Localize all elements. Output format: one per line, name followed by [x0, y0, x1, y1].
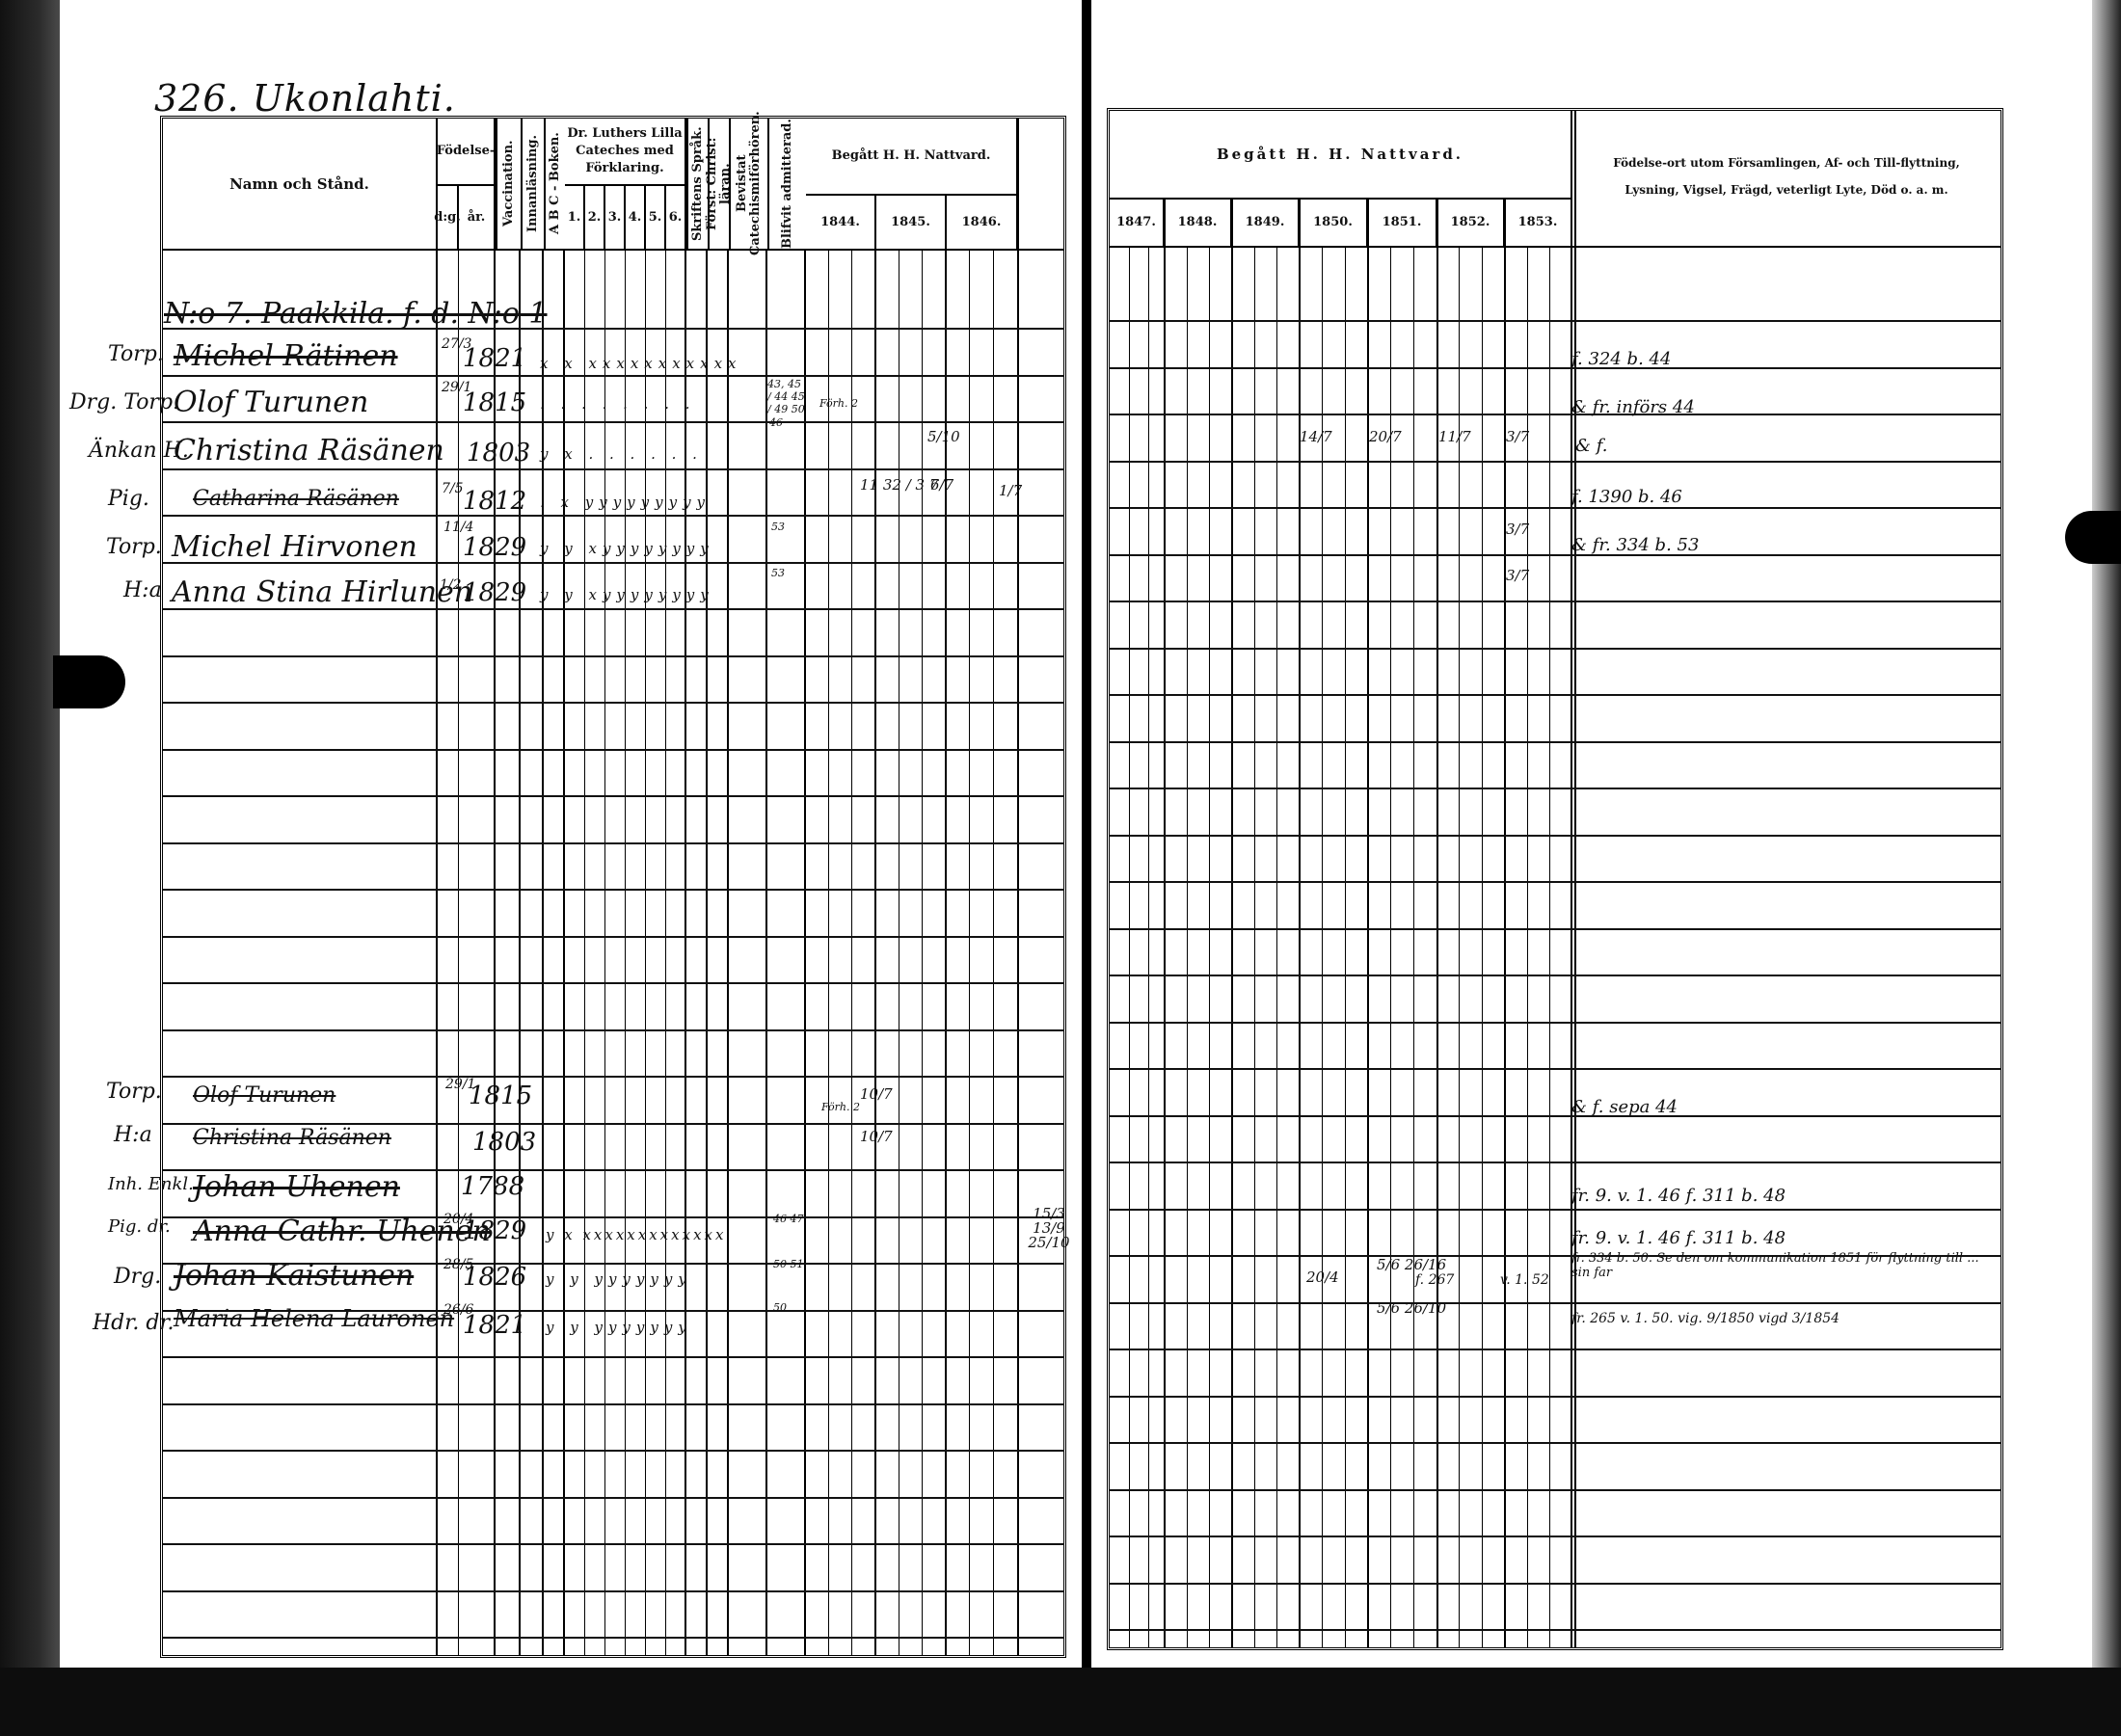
entry-remarks: f. 324 b. 44: [1571, 349, 1671, 369]
header-year-1850: 1850.: [1300, 200, 1368, 246]
entry-birth-year: 1829: [463, 533, 526, 562]
entry-birth-year: 1815: [469, 1082, 532, 1110]
row-rule: [1109, 1349, 2000, 1350]
communion-1844: 10/7: [860, 1130, 893, 1144]
row-rule: [1109, 975, 2000, 976]
row-rule: [163, 936, 1064, 938]
header-birth: Födelse-: [438, 119, 496, 186]
col-line: [1413, 246, 1414, 1648]
row-rule: [163, 1029, 1064, 1031]
entry-remarks: f. 1390 b. 46: [1571, 487, 1682, 507]
entry-name: Olof Turunen: [193, 1083, 336, 1108]
col-line: [828, 249, 829, 1656]
header-cat-2: 2.: [585, 186, 605, 249]
row-rule: [1109, 320, 2000, 322]
entry-birth-year: 1803: [472, 1128, 536, 1157]
communion-1844: 10/7: [860, 1087, 893, 1102]
entry-catechism-notes: 50 51: [773, 1258, 804, 1270]
col-line: [706, 249, 708, 1656]
communion-1851: 5/6 26/10: [1377, 1301, 1446, 1316]
col-line: [804, 249, 806, 1656]
col-line: [1345, 246, 1346, 1648]
row-rule: [163, 1123, 1064, 1125]
row-rule: [1109, 1209, 2000, 1211]
row-rule: [163, 468, 1064, 470]
entry-birth-year: 1829: [463, 1216, 526, 1245]
communion-1845: 5/10: [927, 430, 960, 444]
communion-1851: 5/6 26/16: [1377, 1258, 1446, 1272]
row-rule: [163, 1076, 1064, 1078]
header-cat-4: 4.: [626, 186, 646, 249]
communion-1846: 15/3 13/9 25/10: [1020, 1207, 1078, 1250]
col-line: [1482, 246, 1483, 1648]
row-rule: [163, 375, 1064, 377]
entry-birth-year: 1826: [463, 1263, 526, 1292]
communion-1852: f. 267: [1415, 1272, 1454, 1288]
row-rule: [1109, 1536, 2000, 1537]
communion-1851: 20/7: [1369, 430, 1402, 444]
row-rule: [1109, 1115, 2000, 1117]
communion-1846: 1/7: [999, 484, 1022, 498]
row-rule: [1109, 367, 2000, 369]
col-line: [1209, 246, 1210, 1648]
entry-name: Anna Stina Hirlunen: [172, 575, 472, 609]
header-name-stand: Namn och Stånd.: [163, 119, 438, 249]
header-divider: [1110, 246, 2000, 248]
entry-marks: y x . . . . . .: [540, 445, 703, 463]
col-line: [1276, 246, 1277, 1648]
col-line: [945, 249, 947, 1656]
entry-birth-year: 1812: [463, 487, 526, 516]
col-line: [993, 249, 994, 1656]
row-rule: [1109, 554, 2000, 556]
row-rule: [163, 515, 1064, 517]
row-rule: [163, 1403, 1064, 1405]
header-abc-boken: A B C - Boken.: [544, 119, 565, 249]
communion-1852: 11/7: [1438, 430, 1471, 444]
entry-birth-day: 7/5: [442, 482, 464, 495]
entry-marks: x x xxxxxxxxxxx: [540, 355, 742, 372]
header-innanlasning: Innanläsning.: [521, 119, 544, 249]
entry-name: Johan Kaistunen: [174, 1259, 414, 1293]
entry-stand: Drg. Torp.: [69, 390, 179, 414]
binding-tab-left: [53, 655, 125, 708]
row-rule: [1109, 1442, 2000, 1444]
col-line: [1436, 200, 1438, 1648]
col-line: [1164, 200, 1166, 1648]
book-spine: [1082, 0, 1091, 1672]
col-line: [1390, 246, 1391, 1648]
row-rule: [163, 1450, 1064, 1452]
header-catechism: Dr. Luthers Lilla Cateches med Förklarin…: [565, 119, 686, 186]
row-rule: [1109, 1302, 2000, 1304]
col-line: [1129, 246, 1130, 1648]
header-year-1847: 1847.: [1110, 200, 1165, 246]
col-line: [1148, 246, 1149, 1648]
col-line: [874, 249, 876, 1656]
header-birth-day: d:g.: [438, 186, 459, 249]
page-heading: 326. Ukonlahti.: [154, 77, 456, 120]
communion-1853: 3/7: [1506, 430, 1529, 444]
entry-remarks: fr. 334 b. 50. Se den om kommunikation 1…: [1571, 1251, 1996, 1280]
col-line: [851, 249, 852, 1656]
row-rule: [163, 982, 1064, 984]
row-rule: [1109, 694, 2000, 696]
row-rule: [163, 1497, 1064, 1499]
entry-stand: H:a: [123, 578, 162, 602]
row-rule: [1109, 461, 2000, 463]
entry-name: Johan Uhenen: [193, 1170, 400, 1204]
col-line: [1549, 246, 1550, 1648]
header-year-1851: 1851.: [1368, 200, 1437, 246]
binding-tab-right: [2065, 511, 2121, 564]
entry-remarks: & f. sepa 44: [1571, 1097, 1678, 1117]
communion-1844: 11 32 / 3 7: [860, 478, 938, 493]
col-line: [1322, 246, 1323, 1648]
col-line: [1367, 200, 1369, 1648]
entry-marks: y x xxxxxxxxxxxxx: [546, 1226, 726, 1243]
communion-1845: 6/7: [930, 478, 953, 493]
row-rule: [1109, 788, 2000, 789]
entry-name: Michel Rätinen: [174, 339, 398, 373]
entry-stand: Torp.: [106, 1080, 162, 1104]
entry-marks: . x yyyyyyyyy: [540, 494, 711, 511]
header-divider: [163, 249, 1063, 251]
entry-admitted: Förh. 2: [819, 397, 858, 410]
entry-catechism-notes: 50: [773, 1301, 787, 1314]
entry-remarks: & f.: [1575, 436, 1608, 456]
header-remarks-line2: Lysning, Vigsel, Frägd, veterligt Lyte, …: [1574, 176, 1999, 203]
col-line: [1254, 246, 1255, 1648]
communion-1853: 3/7: [1506, 522, 1529, 537]
entry-name: Christina Räsänen: [193, 1126, 391, 1150]
ledger-right: Begått H. H. Nattvard. 1847. 1848. 1849.…: [1107, 108, 2003, 1650]
entry-birth-year: 1821: [463, 1311, 526, 1340]
row-rule: [163, 1590, 1064, 1592]
row-rule: [1109, 1068, 2000, 1070]
entry-marks: y y xyyyyyyyy: [540, 540, 714, 557]
entry-marks: y y yyyyyyy: [546, 1319, 692, 1336]
row-rule: [1109, 1022, 2000, 1024]
row-rule: [1109, 648, 2000, 650]
col-line: [1527, 246, 1528, 1648]
header-year-1844: 1844.: [806, 196, 876, 249]
header-year-1853: 1853.: [1505, 200, 1572, 246]
row-rule: [1109, 881, 2000, 883]
communion-1850: 20/4: [1306, 1270, 1339, 1285]
bottom-shadow: [0, 1668, 2121, 1736]
entry-admitted: Förh. 2: [821, 1101, 860, 1113]
row-rule: [163, 1543, 1064, 1545]
row-rule: [163, 842, 1064, 844]
header-communion-left: Begått H. H. Nattvard.: [806, 119, 1018, 196]
entry-catechism-notes: 53: [771, 521, 785, 533]
row-rule: [1109, 1162, 2000, 1163]
entry-catechism-notes: 46 47: [773, 1213, 804, 1225]
entry-name: Michel Hirvonen: [172, 530, 417, 564]
header-cat-5: 5.: [646, 186, 666, 249]
col-line: [458, 249, 459, 1656]
communion-1853: 3/7: [1506, 569, 1529, 583]
row-rule: [1109, 835, 2000, 837]
col-line: [1017, 119, 1019, 1656]
header-year-1845: 1845.: [876, 196, 947, 249]
col-line: [1504, 200, 1506, 1648]
row-rule: [163, 889, 1064, 891]
entry-remarks: & fr. införs 44: [1571, 397, 1695, 417]
row-rule: [163, 1356, 1064, 1358]
col-line: [1231, 200, 1233, 1648]
header-year-1846: 1846.: [947, 196, 1018, 249]
entry-remarks: fr. 265 v. 1. 50. vig. 9/1850 vigd 3/185…: [1571, 1311, 2005, 1326]
col-line: [899, 249, 899, 1656]
entry-stand: H:a: [114, 1123, 152, 1147]
page-edge-shadow: [2092, 0, 2121, 1736]
row-rule: [1109, 414, 2000, 415]
entry-catechism-notes: 53: [771, 567, 785, 579]
entry-remarks: fr. 9. v. 1. 46 f. 311 b. 48: [1571, 1228, 1785, 1248]
entry-remarks: & fr. 334 b. 53: [1571, 535, 1699, 555]
entry-stand: Hdr. dr.: [93, 1311, 175, 1335]
entry-name: Olof Turunen: [174, 386, 368, 419]
col-line: [969, 249, 970, 1656]
header-year-1849: 1849.: [1232, 200, 1300, 246]
col-line: [1459, 246, 1460, 1648]
household-title: N:o 7. Paakkila. f. d. N:o 1: [164, 297, 548, 331]
row-rule: [163, 1637, 1064, 1639]
entry-stand: Inh. Enkl.: [108, 1174, 194, 1194]
header-cat-1: 1.: [565, 186, 585, 249]
row-rule: [163, 702, 1064, 704]
row-rule: [1109, 1583, 2000, 1585]
communion-1853: v. 1. 52: [1500, 1272, 1549, 1288]
entry-marks: . . . . . . . .: [540, 395, 696, 413]
entry-birth-year: 1829: [463, 578, 526, 607]
entry-birth-year: 1815: [463, 388, 526, 417]
col-line: [1571, 111, 1572, 1648]
header-bevistat: Bevistat Catechismiförhören.: [729, 119, 767, 249]
entry-birth-day: 1/2: [440, 578, 462, 592]
row-rule: [1109, 1629, 2000, 1631]
header-cat-3: 3.: [605, 186, 626, 249]
header-remarks-line1: Födelse-ort utom Församlingen, Af- och T…: [1574, 149, 1999, 176]
row-rule: [163, 749, 1064, 751]
entry-name: Christina Räsänen: [174, 434, 444, 467]
col-line: [922, 249, 923, 1656]
entry-stand: Drg.: [114, 1265, 161, 1289]
entry-stand: Torp.: [106, 535, 162, 559]
entry-catechism-notes: 46: [769, 416, 783, 429]
entry-birth-year: 1788: [461, 1172, 524, 1201]
entry-birth-year: 1821: [463, 344, 526, 373]
entry-marks: y y yyyyyyy: [546, 1270, 692, 1288]
entry-catechism-notes: 43, 45 / 44 45 / 49 50: [767, 378, 806, 415]
col-line: [765, 249, 767, 1656]
row-rule: [1109, 1489, 2000, 1491]
header-remarks: Födelse-ort utom Församlingen, Af- och T…: [1574, 149, 1999, 203]
header-year-1848: 1848.: [1165, 200, 1232, 246]
entry-birth-day: 11/4: [443, 521, 473, 534]
communion-1850: 14/7: [1300, 430, 1332, 444]
row-rule: [163, 655, 1064, 657]
header-vaccination: Vaccination.: [496, 119, 521, 249]
row-rule: [1109, 507, 2000, 509]
entry-name: Catharina Räsänen: [193, 487, 399, 511]
header-communion-right: Begått H. H. Nattvard.: [1110, 111, 1572, 200]
entry-marks: y y xyyyyyyyy: [540, 586, 714, 603]
entry-stand: Pig.: [108, 487, 149, 511]
col-line: [1574, 111, 1576, 1648]
col-line: [1299, 200, 1301, 1648]
header-birth-year: år.: [459, 186, 496, 249]
entry-birth-year: 1803: [467, 439, 530, 467]
col-line: [1187, 246, 1188, 1648]
entry-stand: Torp.: [108, 342, 164, 366]
col-line: [727, 249, 729, 1656]
header-year-1852: 1852.: [1437, 200, 1505, 246]
row-rule: [163, 795, 1064, 797]
row-rule: [1109, 1396, 2000, 1398]
entry-remarks: fr. 9. v. 1. 46 f. 311 b. 48: [1571, 1186, 1785, 1206]
header-blifvit: Blifvit admitterad.: [767, 119, 806, 249]
entry-stand: Pig. dr.: [108, 1216, 171, 1237]
row-rule: [1109, 928, 2000, 930]
row-rule: [1109, 601, 2000, 602]
entry-name: Maria Helena Lauronen: [174, 1305, 454, 1332]
row-rule: [1109, 741, 2000, 743]
header-forst-christ: Först: Christ: läran.: [708, 119, 729, 249]
row-rule: [163, 421, 1064, 423]
header-cat-6: 6.: [666, 186, 686, 249]
